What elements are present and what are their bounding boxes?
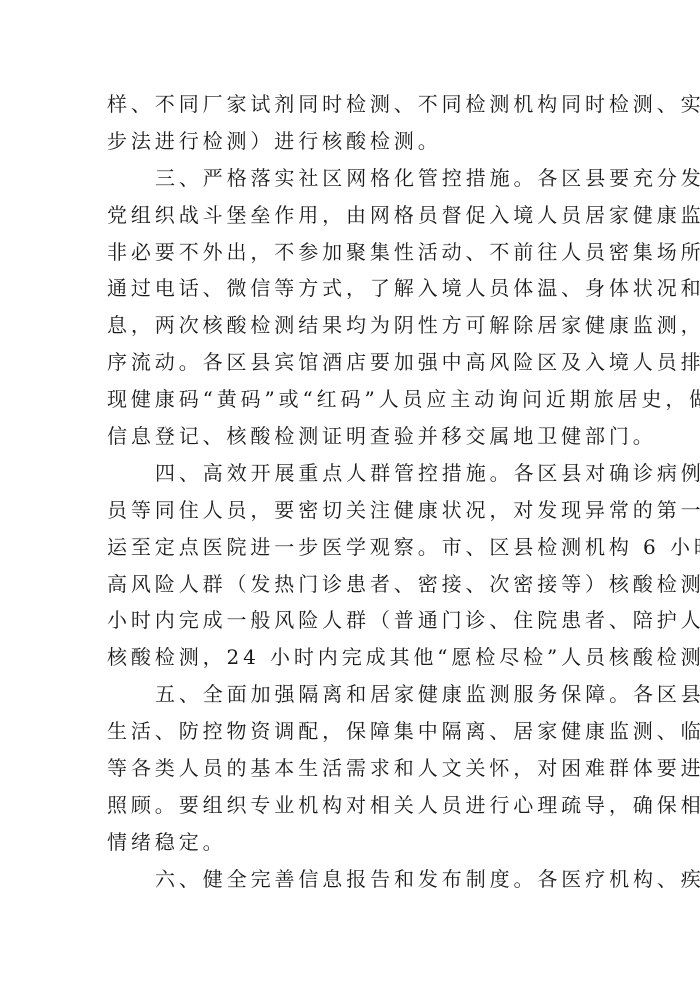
- section-heading-line: 六、健全完善信息报告和发布制度。各医疗机构、疾控机构: [107, 861, 595, 898]
- paragraph-continuation: 样、不同厂家试剂同时检测、不同检测机构同时检测、实验室两 步法进行检测）进行核酸…: [107, 86, 595, 160]
- paragraph-section-6: 六、健全完善信息报告和发布制度。各医疗机构、疾控机构: [107, 861, 595, 898]
- text-line: 序流动。各区县宾馆酒店要加强中高风险区及入境人员排查，发: [107, 344, 595, 381]
- text-line: 高风险人群（发热门诊患者、密接、次密接等）核酸检测，12: [107, 566, 595, 603]
- text-line: 生活、防控物资调配，保障集中隔离、居家健康监测、临时留观: [107, 713, 595, 750]
- text-line: 信息登记、核酸检测证明查验并移交属地卫健部门。: [107, 418, 595, 455]
- text-line: 样、不同厂家试剂同时检测、不同检测机构同时检测、实验室两: [107, 86, 595, 123]
- text-line: 情绪稳定。: [107, 824, 595, 861]
- text-line: 照顾。要组织专业机构对相关人员进行心理疏导，确保相关人员: [107, 787, 595, 824]
- text-line: 等各类人员的基本生活需求和人文关怀，对困难群体要进行特殊: [107, 750, 595, 787]
- paragraph-section-3: 三、严格落实社区网格化管控措施。各区县要充分发挥基层 党组织战斗堡垒作用，由网格…: [107, 160, 595, 455]
- paragraph-section-5: 五、全面加强隔离和居家健康监测服务保障。各区县要加强 生活、防控物资调配，保障集…: [107, 676, 595, 860]
- text-line: 息，两次核酸检测结果均为阴性方可解除居家健康监测，安全有: [107, 307, 595, 344]
- text-line: 核酸检测，24 小时内完成其他“愿检尽检”人员核酸检测。: [107, 639, 595, 676]
- text-line: 员等同住人员，要密切关注健康状况，对发现异常的第一时间转: [107, 492, 595, 529]
- section-heading-line: 三、严格落实社区网格化管控措施。各区县要充分发挥基层: [107, 160, 595, 197]
- text-line: 通过电话、微信等方式，了解入境人员体温、身体状况和轨迹信: [107, 270, 595, 307]
- text-line: 运至定点医院进一步医学观察。市、区县检测机构 6 小时内完成: [107, 529, 595, 566]
- text-line: 党组织战斗堡垒作用，由网格员督促入境人员居家健康监测期间: [107, 197, 595, 234]
- section-heading-line: 五、全面加强隔离和居家健康监测服务保障。各区县要加强: [107, 676, 595, 713]
- text-line: 步法进行检测）进行核酸检测。: [107, 123, 595, 160]
- text-line: 现健康码“黄码”或“红码”人员应主动询问近期旅居史，做好: [107, 381, 595, 418]
- text-line: 非必要不外出，不参加聚集性活动、不前往人员密集场所。每日: [107, 234, 595, 271]
- paragraph-section-4: 四、高效开展重点人群管控措施。各区县对确诊病例家庭成 员等同住人员，要密切关注健…: [107, 455, 595, 676]
- section-heading-line: 四、高效开展重点人群管控措施。各区县对确诊病例家庭成: [107, 455, 595, 492]
- text-line: 小时内完成一般风险人群（普通门诊、住院患者、陪护人员等）: [107, 602, 595, 639]
- document-page: 样、不同厂家试剂同时检测、不同检测机构同时检测、实验室两 步法进行检测）进行核酸…: [107, 86, 595, 898]
